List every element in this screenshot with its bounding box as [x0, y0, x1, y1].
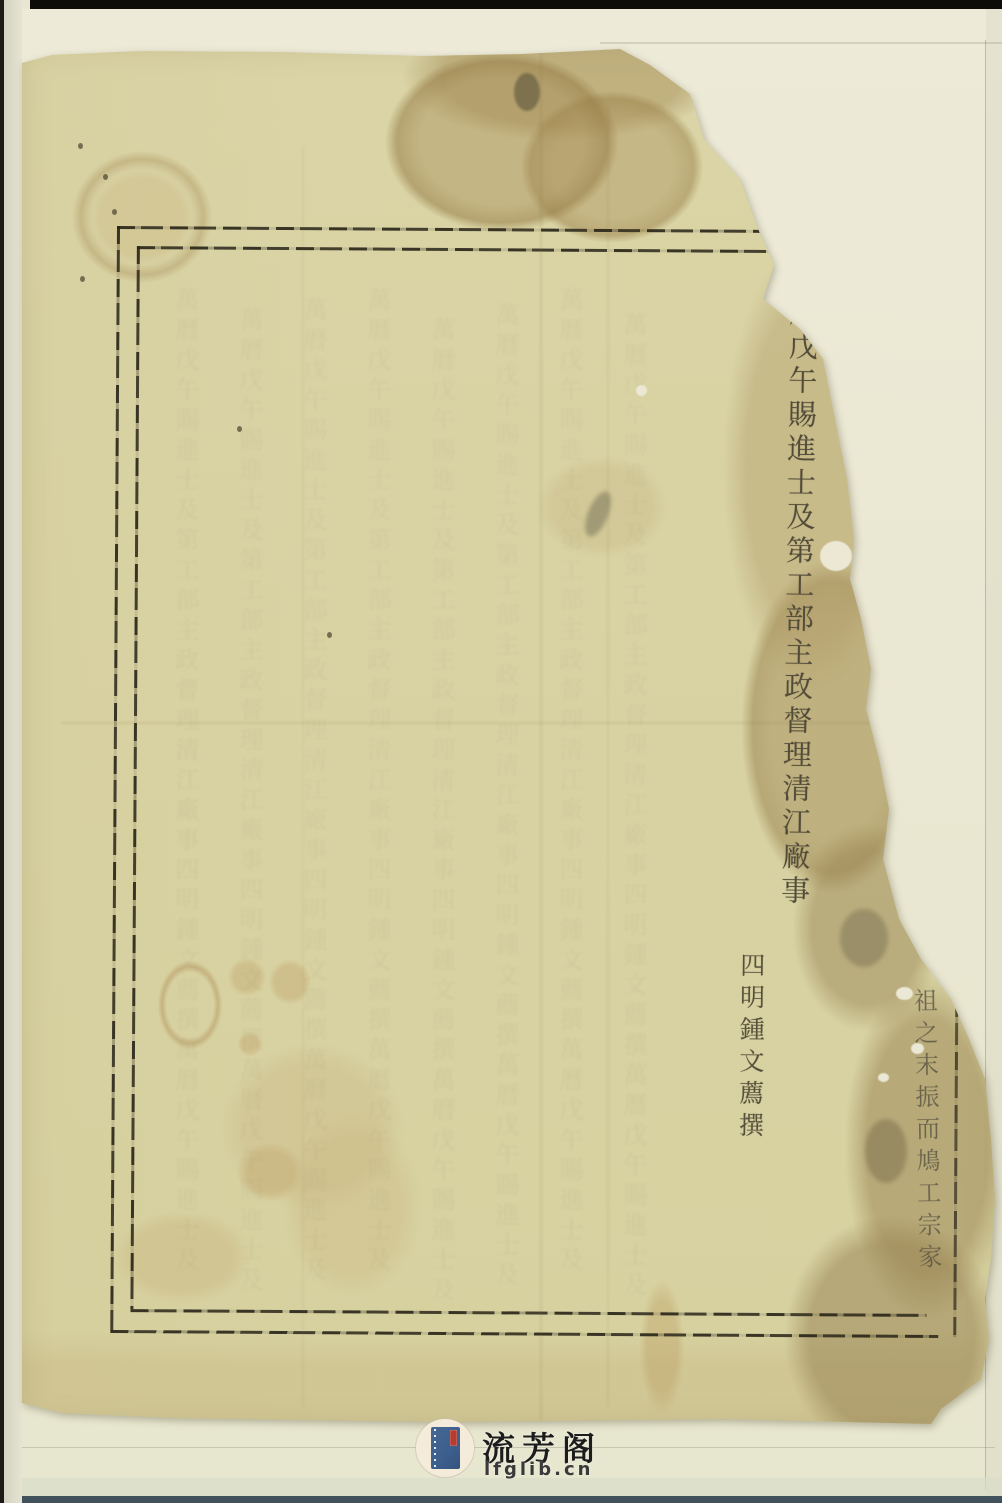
book-stitching [434, 1429, 436, 1467]
scan-left-sheet-edge [4, 0, 22, 1503]
book-title-label [450, 1430, 457, 1446]
wormhole-speck [80, 276, 85, 282]
watermark-badge-circle [416, 1419, 474, 1477]
paper-loss-patch [674, 47, 702, 63]
stitched-book-icon [431, 1427, 460, 1469]
page-border-frame [15, 46, 996, 1430]
library-watermark: 流芳阁 lfglib.cn [416, 1419, 706, 1481]
watermark-site-url: lfglib.cn [484, 1459, 593, 1480]
manuscript-page-wrapper: 萬曆戊午賜進士及第工部主政督理清江廠事四明鍾文薦撰萬曆戊午賜進士及第工部主政督理… [22, 47, 995, 1425]
torn-edge-fragment-column: 祖之末振而鳩工宗家 [904, 988, 946, 1319]
border-inner-left [130, 246, 139, 1309]
wormhole-speck [237, 426, 242, 432]
ink-smudge [840, 909, 888, 967]
border-inner-bottom [130, 1309, 926, 1316]
ink-smudge [514, 73, 540, 111]
author-column-calligraphy: 四明鍾文薦撰 [726, 952, 768, 1172]
border-outer-top [117, 226, 764, 232]
wormhole-speck [327, 632, 332, 638]
border-right-fragment [953, 999, 958, 1337]
paper-loss-patch [878, 1073, 889, 1082]
backing-sheet-top-edge [600, 42, 1002, 44]
ink-smudge [865, 1119, 907, 1183]
border-inner-top [137, 246, 902, 253]
manuscript-page: 萬曆戊午賜進士及第工部主政督理清江廠事四明鍾文薦撰萬曆戊午賜進士及第工部主政督理… [22, 47, 995, 1425]
wormhole-speck [103, 174, 108, 180]
vertical-crease [607, 107, 609, 1407]
vertical-crease [302, 147, 304, 1407]
vertical-fold-crease [540, 47, 542, 1425]
scanner-bottom-strip [0, 1496, 1002, 1503]
wormhole-speck [78, 143, 83, 149]
border-outer-left [110, 226, 119, 1331]
paper-loss-patch [820, 541, 852, 571]
wormhole-speck [112, 209, 117, 215]
title-column-calligraphy: 萬曆戊午賜進士及第工部主政督理清江廠事 [757, 263, 823, 964]
scanned-page-viewport: 萬曆戊午賜進士及第工部主政督理清江廠事四明鍾文薦撰萬曆戊午賜進士及第工部主政督理… [0, 0, 1002, 1503]
paper-loss-patch [636, 385, 647, 396]
scanner-top-strip [30, 0, 1002, 9]
border-outer-bottom [110, 1330, 938, 1338]
